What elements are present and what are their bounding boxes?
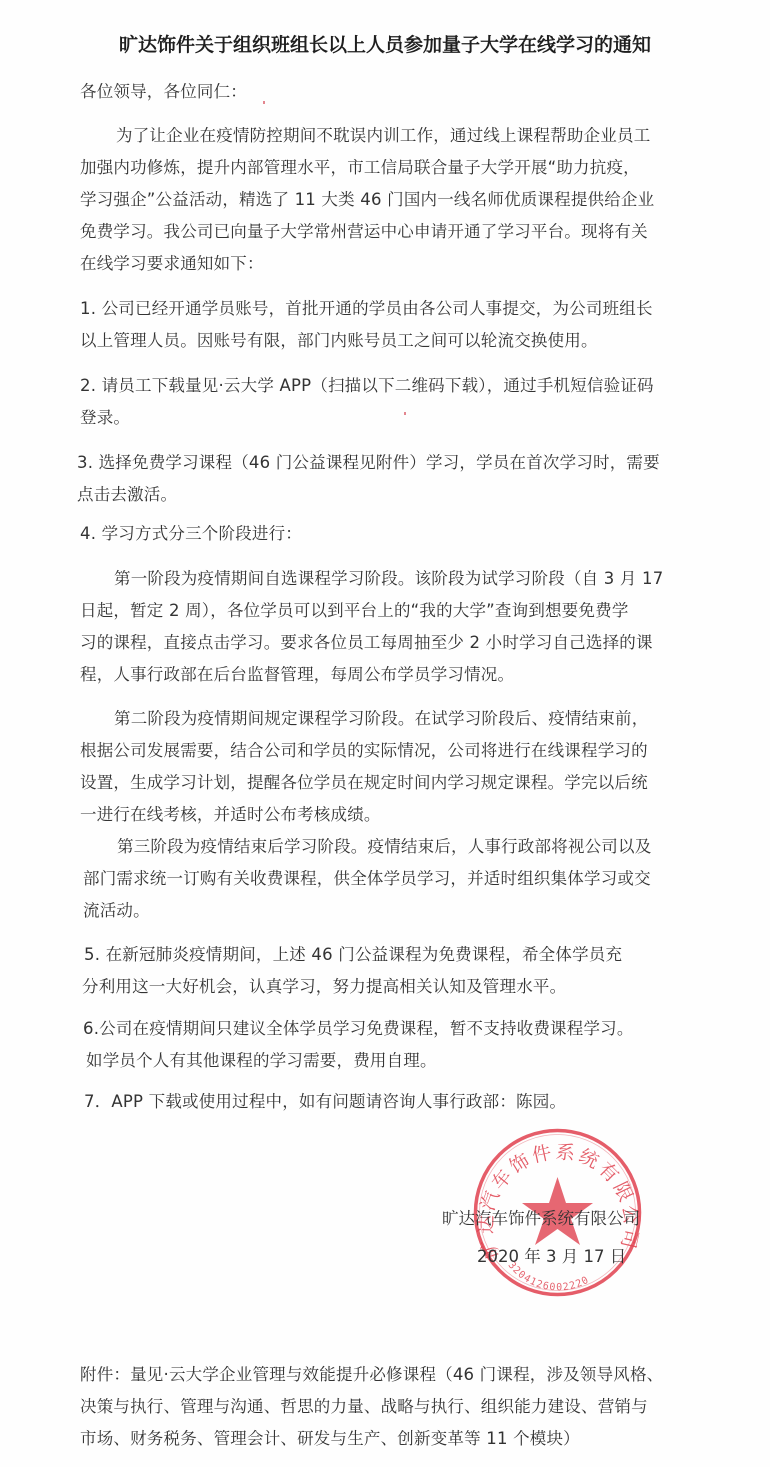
signature-company: 旷达汽车饰件系统有限公司 <box>442 1205 640 1229</box>
item-5-line-1: 5. 在新冠肺炎疫情期间，上述 46 门公益课程为免费课程，希全体学员充 <box>84 941 622 965</box>
item-3-line-2: 点击去激活。 <box>77 481 177 505</box>
stage-1-line-1: 第一阶段为疫情期间自选课程学习阶段。该阶段为试学习阶段（自 3 月 17 <box>114 565 663 589</box>
scan-speck <box>263 101 265 104</box>
stage-1-line-2: 日起，暂定 2 周），各位学员可以到平台上的“我的大学”查询到想要免费学 <box>80 597 629 621</box>
notice-document: 旷达饰件关于组织班组长以上人员参加量子大学在线学习的通知 各位领导，各位同仁： … <box>0 0 770 1467</box>
scan-speck <box>404 412 406 415</box>
intro-line-2: 加强内功修炼，提升内部管理水平，市工信局联合量子大学开展“助力抗疫， <box>80 154 640 178</box>
item-2-line-1: 2. 请员工下载量见·云大学 APP（扫描以下二维码下载），通过手机短信验证码 <box>80 372 654 396</box>
attachment-line-3: 市场、财务税务、管理会计、研发与生产、创新变革等 11 个模块） <box>80 1425 580 1449</box>
item-2-line-2: 登录。 <box>80 404 130 428</box>
stage-2-line-1: 第二阶段为疫情期间规定课程学习阶段。在试学习阶段后、疫情结束前， <box>114 705 648 729</box>
item-6-line-1: 6.公司在疫情期间只建议全体学员学习免费课程，暂不支持收费课程学习。 <box>83 1015 634 1039</box>
item-1-line-1: 1. 公司已经开通学员账号，首批开通的学员由各公司人事提交，为公司班组长 <box>80 295 653 319</box>
intro-line-3: 学习强企”公益活动，精选了 11 大类 46 门国内一线名师优质课程提供给企业 <box>80 186 654 210</box>
stage-3-line-3: 流活动。 <box>83 897 150 921</box>
stage-3-line-2: 部门需求统一订购有关收费课程，供全体学员学习，并适时组织集体学习或交 <box>83 865 651 889</box>
intro-line-4: 免费学习。我公司已向量子大学常州营运中心申请开通了学习平台。现将有关 <box>80 218 648 242</box>
stage-2-line-4: 一进行在线考核，并适时公布考核成绩。 <box>80 801 381 825</box>
item-7: 7．APP 下载或使用过程中，如有问题请咨询人事行政部：陈园。 <box>84 1088 566 1112</box>
item-1-line-2: 以上管理人员。因账号有限，部门内账号员工之间可以轮流交换使用。 <box>80 327 598 351</box>
item-4-heading: 4. 学习方式分三个阶段进行： <box>80 520 302 544</box>
item-5-line-2: 分利用这一大好机会，认真学习，努力提高相关认知及管理水平。 <box>82 973 566 997</box>
item-6-line-2: 如学员个人有其他课程的学习需要，费用自理。 <box>86 1047 437 1071</box>
stage-1-line-3: 习的课程，直接点击学习。要求各位员工每周抽至少 2 小时学习自己选择的课 <box>80 629 653 653</box>
attachment-line-2: 决策与执行、管理与沟通、哲思的力量、战略与执行、组织能力建设、营销与 <box>80 1393 648 1417</box>
greeting: 各位领导，各位同仁： <box>80 78 247 102</box>
signature-date: 2020 年 3 月 17 日 <box>477 1243 626 1267</box>
stage-2-line-3: 设置，生成学习计划，提醒各位学员在规定时间内学习规定课程。学完以后统 <box>80 769 648 793</box>
stage-1-line-4: 程，人事行政部在后台监督管理，每周公布学员学习情况。 <box>80 661 514 685</box>
intro-line-1: 为了让企业在疫情防控期间不耽误内训工作，通过线上课程帮助企业员工 <box>116 122 650 146</box>
attachment-line-1: 附件：量见·云大学企业管理与效能提升必修课程（46 门课程，涉及领导风格、 <box>80 1361 663 1385</box>
intro-line-5: 在线学习要求通知如下： <box>80 250 264 274</box>
stage-2-line-2: 根据公司发展需要，结合公司和学员的实际情况，公司将进行在线课程学习的 <box>80 737 648 761</box>
stage-3-line-1: 第三阶段为疫情结束后学习阶段。疫情结束后，人事行政部将视公司以及 <box>117 833 651 857</box>
item-3-line-1: 3. 选择免费学习课程（46 门公益课程见附件）学习，学员在首次学习时，需要 <box>77 449 660 473</box>
document-title: 旷达饰件关于组织班组长以上人员参加量子大学在线学习的通知 <box>0 30 770 57</box>
